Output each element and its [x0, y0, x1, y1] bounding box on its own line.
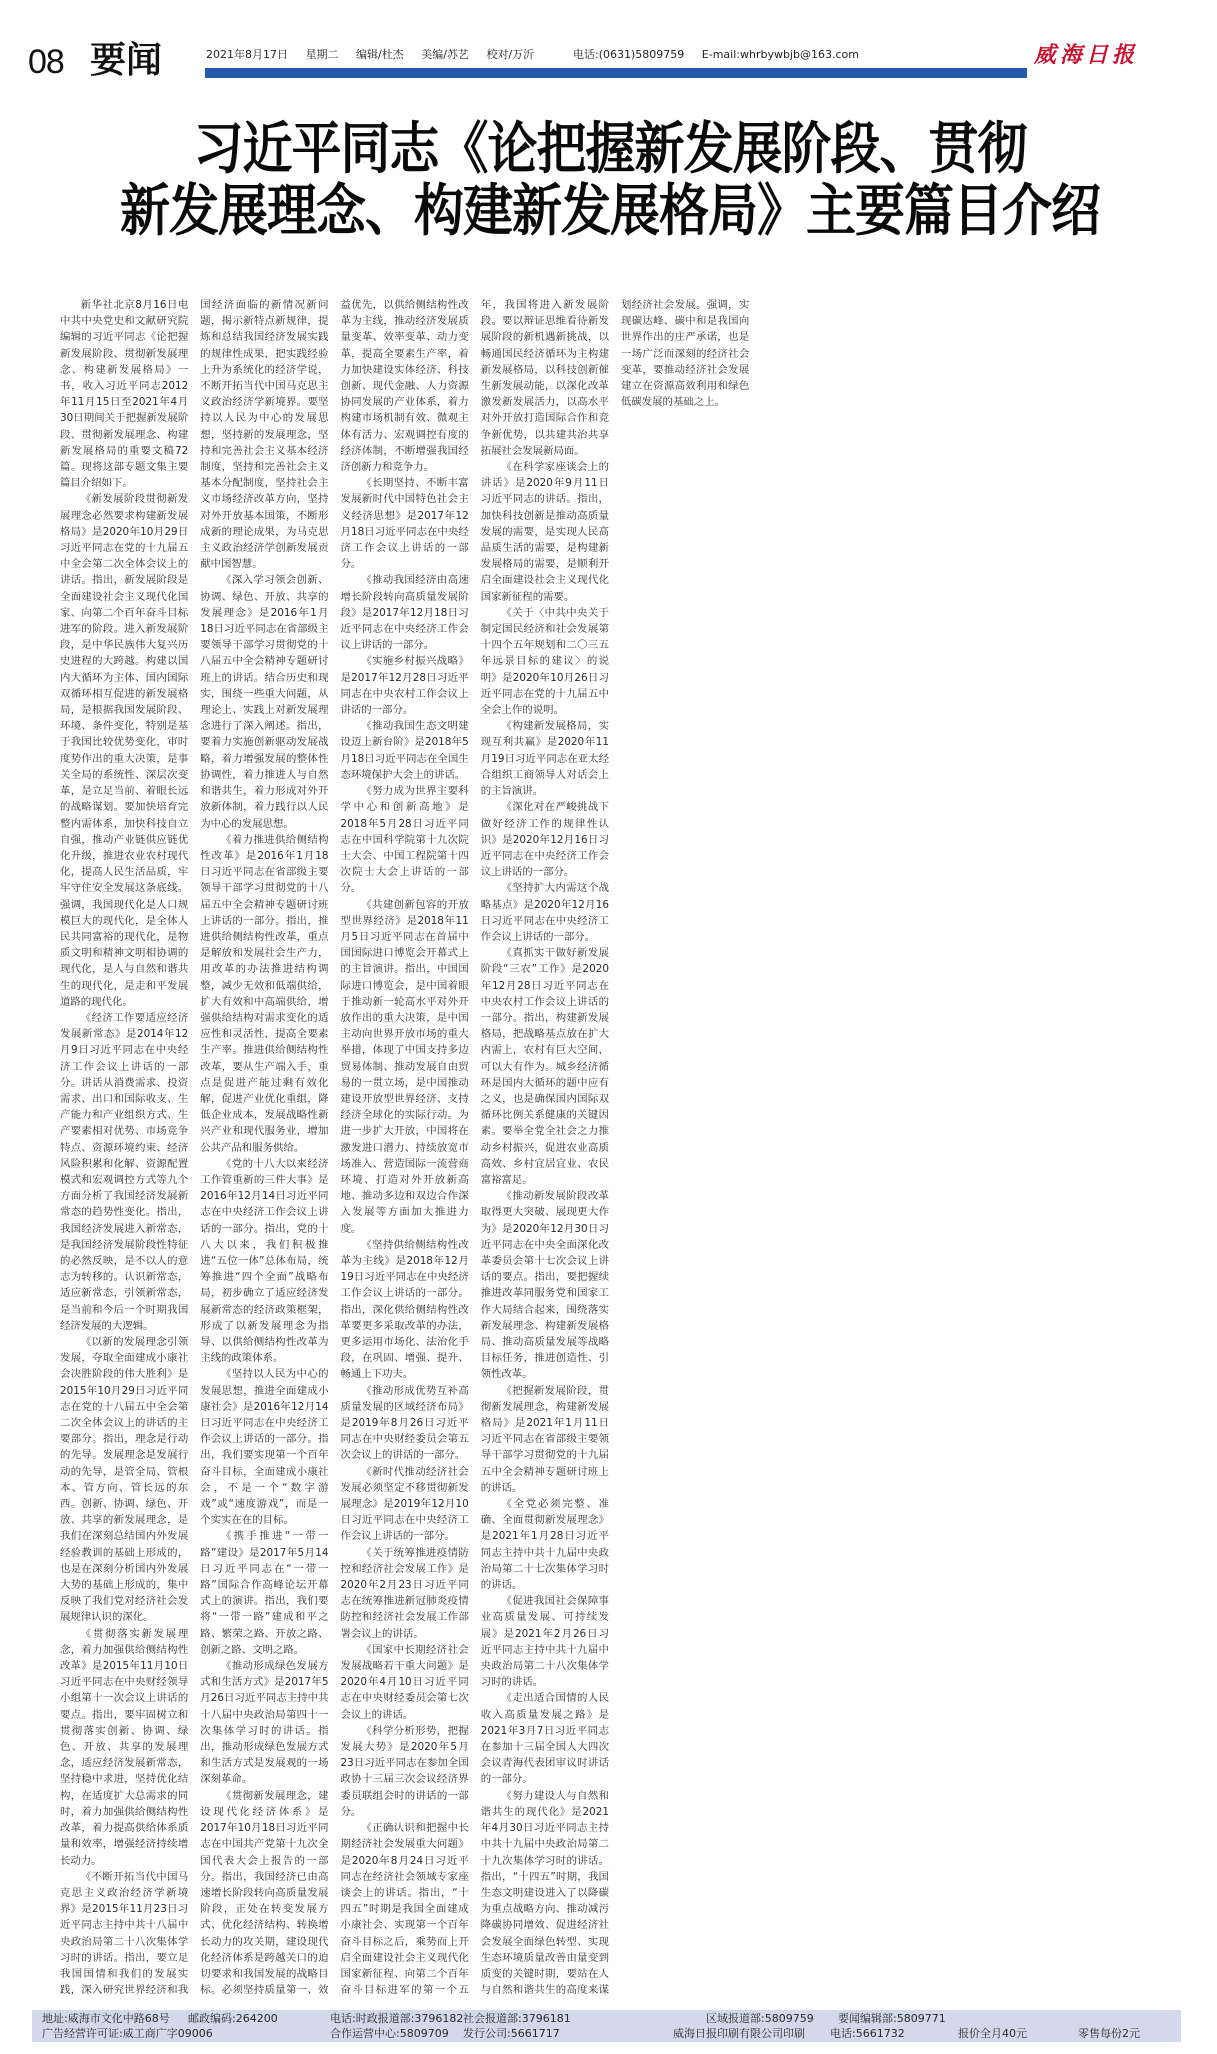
footer-phone-editorial: 要闻编辑部:5809771 [838, 2011, 946, 2026]
paragraph: 《走出适合国情的人民收入高质量发展之路》是2021年3月7日习近平同志在参加十三… [481, 1690, 609, 1787]
proofreader-credit: 校对/万沂 [486, 48, 534, 61]
section-title: 要闻 [90, 40, 162, 82]
newspaper-logo: 威海日报 [1034, 38, 1138, 69]
footer-row-2: 广告经营许可证:威工商广字09006 合作运营中心:5809709 发行公司:5… [38, 2026, 1175, 2041]
paragraph: 《在科学家座谈会上的讲话》是2020年9月11日习近平同志的讲话。指出，加快科技… [481, 459, 609, 605]
paragraph: 《共建创新包容的开放型世界经济》是2018年11月5日习近平同志在首届中国国际进… [341, 897, 469, 1237]
footer-row-1: 地址:威海市文化中路68号 邮政编码:264200 电话:时政报道部:37961… [38, 2011, 1175, 2026]
masthead: 08 要闻 2021年8月17日 星期二 编辑/杜杰 美编/苏艺 校对/万沂 电… [28, 40, 1198, 86]
paragraph: 《携手推进“一带一路”建设》是2017年5月14日习近平同志在“一带一路”国际合… [200, 1528, 328, 1658]
paragraph: 《关于〈中共中央关于制定国民经济和社会发展第十四个五年规划和二〇三五年远景目标的… [481, 605, 609, 718]
page-number: 08 [28, 42, 64, 82]
paragraph: 《坚持扩大内需这个战略基点》是2020年12月16日习近平同志在中央经济工作会议… [481, 880, 609, 945]
paragraph: 《新发展阶段贯彻新发展理念必然要求构建新发展格局》是2020年10月29日习近平… [60, 491, 188, 1010]
paragraph: 《经济工作要适应经济发展新常态》是2014年12月9日习近平同志在中央经济工作会… [60, 1010, 188, 1334]
footer-ad-license: 广告经营许可证:威工商广字09006 [42, 2026, 213, 2041]
paragraph: 《推动我国经济由高速增长阶段转向高质量发展阶段》是2017年12月18日习近平同… [341, 572, 469, 653]
paragraph: 《推动新发展阶段改革取得更大突破、展现更大作为》是2020年12月30日习近平同… [481, 1188, 609, 1382]
paragraph: 《党的十八大以来经济工作管重新的三件大事》是2016年12月14日习近平同志在中… [200, 1156, 328, 1367]
paragraph: 《深化对在严峻挑战下做好经济工作的规律性认识》是2020年12月16日习近平同志… [481, 799, 609, 880]
imprint-footer: 地址:威海市文化中路68号 邮政编码:264200 电话:时政报道部:37961… [32, 2010, 1181, 2042]
issue-date: 2021年8月17日 [206, 48, 288, 61]
footer-ops-center: 合作运营中心:5809709 [330, 2026, 449, 2041]
paragraph: 《贯彻落实新发展理念，着力加强供给侧结构性改革》是2015年11月10日习近平同… [60, 1626, 188, 1869]
paragraph: 《深入学习领会创新、协调、绿色、开放、共享的发展理念》是2016年1月18日习近… [200, 572, 328, 831]
issue-weekday: 星期二 [306, 48, 339, 61]
paragraph: 《国家中长期经济社会发展战略若干重大问题》是2020年4月10日习近平同志在中央… [341, 1642, 469, 1723]
headline-line-2: 新发展理念、构建新发展格局》主要篇目介绍 [60, 176, 1160, 245]
headline: 习近平同志《论把握新发展阶段、贯彻 新发展理念、构建新发展格局》主要篇目介绍 [60, 118, 1160, 242]
footer-monthly-price: 报价全月40元 [958, 2026, 1027, 2041]
footer-phone-region: 区域报道部:5809759 [706, 2011, 814, 2026]
paragraph: 《真抓实干做好新发展阶段“三农”工作》是2020年12月28日习近平同志在中央农… [481, 945, 609, 1188]
art-editor-credit: 美编/苏艺 [421, 48, 469, 61]
footer-printer: 威海日报印刷有限公司印刷 [673, 2026, 805, 2041]
paragraph: 新华社北京8月16日电 中共中央党史和文献研究院编辑的习近平同志《论把握新发展阶… [60, 297, 188, 491]
paragraph: 《推动形成优势互补高质量发展的区域经济布局》是2019年8月26日习近平同志在中… [341, 1383, 469, 1464]
footer-address: 地址:威海市文化中路68号 [42, 2011, 170, 2026]
contact-meta: 电话:(0631)5809759 E-mail:whrbywbjb@163.co… [573, 48, 873, 62]
paragraph: 《长期坚持、不断丰富发展新时代中国特色社会主义经济思想》是2017年12月18日… [341, 475, 469, 572]
paragraph: 《关于统筹推进疫情防控和经济社会发展工作》是2020年2月23日习近平同志在统筹… [341, 1545, 469, 1642]
paragraph: 《着力推进供给侧结构性改革》是2016年1月18日习近平同志在省部级主要领导干部… [200, 832, 328, 1156]
contact-phone: 电话:(0631)5809759 [573, 48, 684, 61]
header-rule [205, 68, 1027, 78]
paragraph: 《全党必须完整、准确、全面贯彻新发展理念》是2021年1月28日习近平同志主持中… [481, 1496, 609, 1593]
footer-printer-phone: 电话:5661732 [830, 2026, 905, 2041]
contact-email[interactable]: E-mail:whrbywbjb@163.com [702, 48, 859, 61]
article-body: 新华社北京8月16日电 中共中央党史和文献研究院编辑的习近平同志《论把握新发展阶… [60, 297, 1170, 2007]
paragraph: 《坚持以人民为中心的发展思想，推进全面建成小康社会》是2016年12月14日习近… [200, 1366, 328, 1528]
footer-distribution: 发行公司:5661717 [463, 2026, 560, 2041]
paragraph: 《推动我国生态文明建设迈上新台阶》是2018年5月18日习近平同志在全国生态环境… [341, 718, 469, 783]
paragraph: 《推动形成绿色发展方式和生活方式》是2017年5月26日习近平同志主持中共十八届… [200, 1658, 328, 1788]
paragraph: 《构建新发展格局，实现互利共赢》是2020年11月19日习近平同志在亚太经合组织… [481, 718, 609, 799]
footer-phone-news: 电话:时政报道部:3796182 [330, 2011, 463, 2026]
editor-credit: 编辑/杜杰 [356, 48, 404, 61]
paragraph: 《把握新发展阶段，贯彻新发展理念，构建新发展格局》是2021年1月11日习近平同… [481, 1383, 609, 1496]
footer-postcode: 邮政编码:264200 [188, 2011, 278, 2026]
footer-phone-social: 社会报道部:3796181 [463, 2011, 571, 2026]
paragraph: 《努力成为世界主要科学中心和创新高地》是2018年5月28日习近平同志在中国科学… [341, 783, 469, 896]
paragraph: 《实施乡村振兴战略》是2017年12月28日习近平同志在中央农村工作会议上讲话的… [341, 653, 469, 718]
paragraph: 《以新的发展理念引领发展，夺取全面建成小康社会决胜阶段的伟大胜利》是2015年1… [60, 1334, 188, 1626]
footer-retail-price: 零售每份2元 [1078, 2026, 1140, 2041]
paragraph: 《科学分析形势，把握发展大势》是2020年5月23日习近平同志在参加全国政协十三… [341, 1723, 469, 1820]
paragraph: 《促进我国社会保障事业高质量发展、可持续发展》是2021年2月26日习近平同志主… [481, 1593, 609, 1690]
issue-meta: 2021年8月17日 星期二 编辑/杜杰 美编/苏艺 校对/万沂 [206, 48, 548, 62]
headline-line-1: 习近平同志《论把握新发展阶段、贯彻 [60, 114, 1160, 183]
paragraph: 《新时代推动经济社会发展必须坚定不移贯彻新发展理念》是2019年12月10日习近… [341, 1464, 469, 1545]
paragraph: 《坚持供给侧结构性改革为主线》是2018年12月19日习近平同志在中央经济工作会… [341, 1237, 469, 1383]
